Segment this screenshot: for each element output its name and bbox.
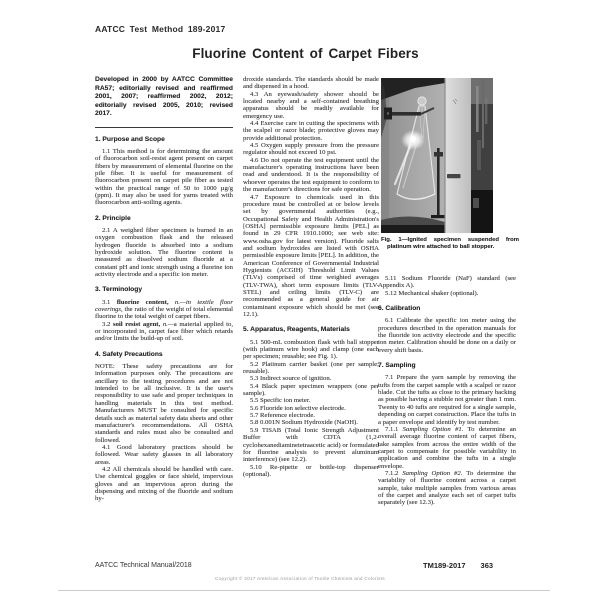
- section-heading: 5. Apparatus, Reagents, Materials: [243, 326, 379, 333]
- text-run: Developed in 2000 by AATCC Committee RA5…: [95, 76, 233, 117]
- text-run: 3.1: [102, 299, 117, 306]
- text-run: 7.1 Prepare the yarn sample by removing …: [378, 374, 516, 425]
- paragraph: NOTE: These safety precautions are for i…: [95, 363, 233, 444]
- text-run: 7.1.1: [385, 426, 403, 433]
- text-run: 2. Principle: [95, 215, 131, 222]
- text-run: 4. Safety Precautions: [95, 351, 163, 358]
- text-run: 4.2 All chemicals should be handled with…: [95, 466, 233, 502]
- paragraph: 3.2 soil resist agent, n.—a material app…: [95, 321, 233, 343]
- paragraph: droxide standards. The standards should …: [243, 76, 379, 91]
- text-run: 3. Terminology: [95, 286, 142, 293]
- text-run: 1.1 This method is for determining the a…: [95, 148, 233, 206]
- text-run: 7.1.2: [385, 470, 402, 477]
- text-run: 5. Apparatus, Reagents, Materials: [243, 326, 350, 333]
- text-run: droxide standards. The standards should …: [243, 76, 379, 90]
- paragraph: 2.1 A weighed fiber specimen is burned i…: [95, 227, 233, 278]
- text-run: Sampling Option #1.: [403, 426, 464, 433]
- divider: [95, 127, 233, 128]
- paragraph: 4.3 An eyewash/safety shower should be l…: [243, 91, 379, 120]
- text-run: 7. Sampling: [378, 362, 416, 369]
- text-run: 6. Calibration: [378, 305, 420, 312]
- text-run: 5.4 Black paper specimen wrappers (one p…: [243, 383, 379, 397]
- paragraph: 5.12 Mechanical shaker (optional).: [378, 290, 516, 297]
- text-run: 1. Purpose and Scope: [95, 136, 165, 143]
- text-run: 5.10 Re-pipette or bottle-top dispenser …: [243, 464, 379, 478]
- document-page: AATCC Test Method 189-2017 Fluorine Cont…: [0, 0, 600, 600]
- text-run: NOTE: These safety precautions are for i…: [95, 363, 233, 443]
- section-heading: 1. Purpose and Scope: [95, 136, 233, 143]
- text-run: 5.6 Fluoride ion selective electrode.: [250, 405, 346, 412]
- paragraph: 7.1 Prepare the yarn sample by removing …: [378, 374, 516, 425]
- footer-manual-name: AATCC Technical Manual/2018: [95, 562, 192, 569]
- paragraph: 5.4 Black paper specimen wrappers (one p…: [243, 383, 379, 398]
- section-heading: 2. Principle: [95, 215, 233, 222]
- text-run: 5.12 Mechanical shaker (optional).: [385, 290, 478, 297]
- paragraph: 4.4 Exercise care in cutting the specime…: [243, 120, 379, 142]
- text-run: 2.1 A weighed fiber specimen is burned i…: [95, 227, 233, 278]
- paragraph: 5.5 Specific ion meter.: [243, 397, 379, 404]
- column-right-text: 5.11 Sodium Fluoride (NaF) standard (see…: [378, 275, 516, 507]
- paragraph: 7.1.1 Sampling Option #1. To determine a…: [378, 426, 516, 470]
- text-run: 5.9 TISAB (Total Ionic Strength Adjustme…: [243, 427, 379, 463]
- text-run: 4.5 Oxygen supply pressure from the pres…: [243, 142, 379, 156]
- paragraph: 5.10 Re-pipette or bottle-top dispenser …: [243, 464, 379, 479]
- footer-right: TM189-2017 363: [423, 561, 493, 570]
- paragraph: 4.1 Good laboratory practices should be …: [95, 444, 233, 466]
- paragraph: 5.8 0.001N Sodium Hydroxide (NaOH).: [243, 419, 379, 426]
- paragraph: 5.3 Indirect source of ignition.: [243, 375, 379, 382]
- text-run: To determine an overall average fluorine…: [378, 426, 516, 470]
- footer-page-number: 363: [481, 561, 494, 570]
- column-left: Developed in 2000 by AATCC Committee RA5…: [95, 76, 233, 503]
- figure-1: Fig. 1—Ignited specimen suspended from p…: [381, 78, 493, 251]
- text-run: 5.8 0.001N Sodium Hydroxide (NaOH).: [250, 419, 358, 426]
- paragraph: 5.11 Sodium Fluoride (NaF) standard (see…: [378, 275, 516, 290]
- copyright-line: Copyright © 2017 American Association of…: [0, 576, 600, 581]
- text-run: 4.7 Exposure to chemicals used in this p…: [243, 194, 379, 319]
- footer-doc-code: TM189-2017: [423, 561, 466, 570]
- paragraph: 4.6 Do not operate the test equipment un…: [243, 157, 379, 194]
- text-run: 5.5 Specific ion meter.: [250, 397, 310, 404]
- text-run: 4.3 An eyewash/safety shower should be l…: [243, 91, 379, 120]
- paragraph: 1.1 This method is for determining the a…: [95, 148, 233, 207]
- section-heading: 4. Safety Precautions: [95, 351, 233, 358]
- text-run: 4.4 Exercise care in cutting the specime…: [243, 120, 379, 142]
- text-run: 6.1 Calibrate the specific ion meter usi…: [378, 317, 516, 353]
- paragraph: 5.2 Platinum carrier basket (one per sam…: [243, 361, 379, 376]
- text-run: Sampling Option #2.: [402, 470, 462, 477]
- text-run: 4.6 Do not operate the test equipment un…: [243, 157, 379, 193]
- paragraph: 4.7 Exposure to chemicals used in this p…: [243, 194, 379, 319]
- text-run: fluorine content,: [117, 299, 169, 306]
- text-run: n.—: [160, 321, 174, 328]
- text-run: 3.2: [102, 321, 113, 328]
- column-middle: droxide standards. The standards should …: [243, 76, 379, 478]
- paragraph: 3.1 fluorine content, n.—in textile floo…: [95, 299, 233, 321]
- paragraph: 5.1 500-mL combustion flask with ball st…: [243, 339, 379, 361]
- paragraph: 6.1 Calibrate the specific ion meter usi…: [378, 317, 516, 354]
- paragraph: 4.2 All chemicals should be handled with…: [95, 466, 233, 503]
- paragraph: 5.9 TISAB (Total Ionic Strength Adjustme…: [243, 427, 379, 464]
- revision-note: Developed in 2000 by AATCC Committee RA5…: [95, 76, 233, 119]
- section-heading: 6. Calibration: [378, 305, 516, 312]
- text-run: 5.3 Indirect source of ignition.: [250, 375, 331, 382]
- page-title: Fluorine Content of Carpet Fibers: [95, 46, 516, 61]
- text-run: 5.2 Platinum carrier basket (one per sam…: [243, 361, 379, 375]
- figure-1-caption: Fig. 1—Ignited specimen suspended from p…: [381, 237, 519, 251]
- page-bottom-edge: [58, 590, 550, 591]
- paragraph: 7.1.2 Sampling Option #2. To determine t…: [378, 470, 516, 507]
- section-heading: 7. Sampling: [378, 362, 516, 369]
- paragraph: 4.5 Oxygen supply pressure from the pres…: [243, 142, 379, 157]
- text-run: soil resist agent,: [113, 321, 160, 328]
- text-run: 4.1 Good laboratory practices should be …: [95, 444, 233, 466]
- column-right: Fig. 1—Ignited specimen suspended from p…: [378, 76, 516, 507]
- ignited-specimen-photo: [381, 78, 493, 233]
- text-run: 5.1 500-mL combustion flask with ball st…: [243, 339, 379, 361]
- section-heading: 3. Terminology: [95, 286, 233, 293]
- text-run: 5.11 Sodium Fluoride (NaF) standard (see…: [378, 275, 516, 289]
- test-method-header: AATCC Test Method 189-2017: [95, 24, 225, 34]
